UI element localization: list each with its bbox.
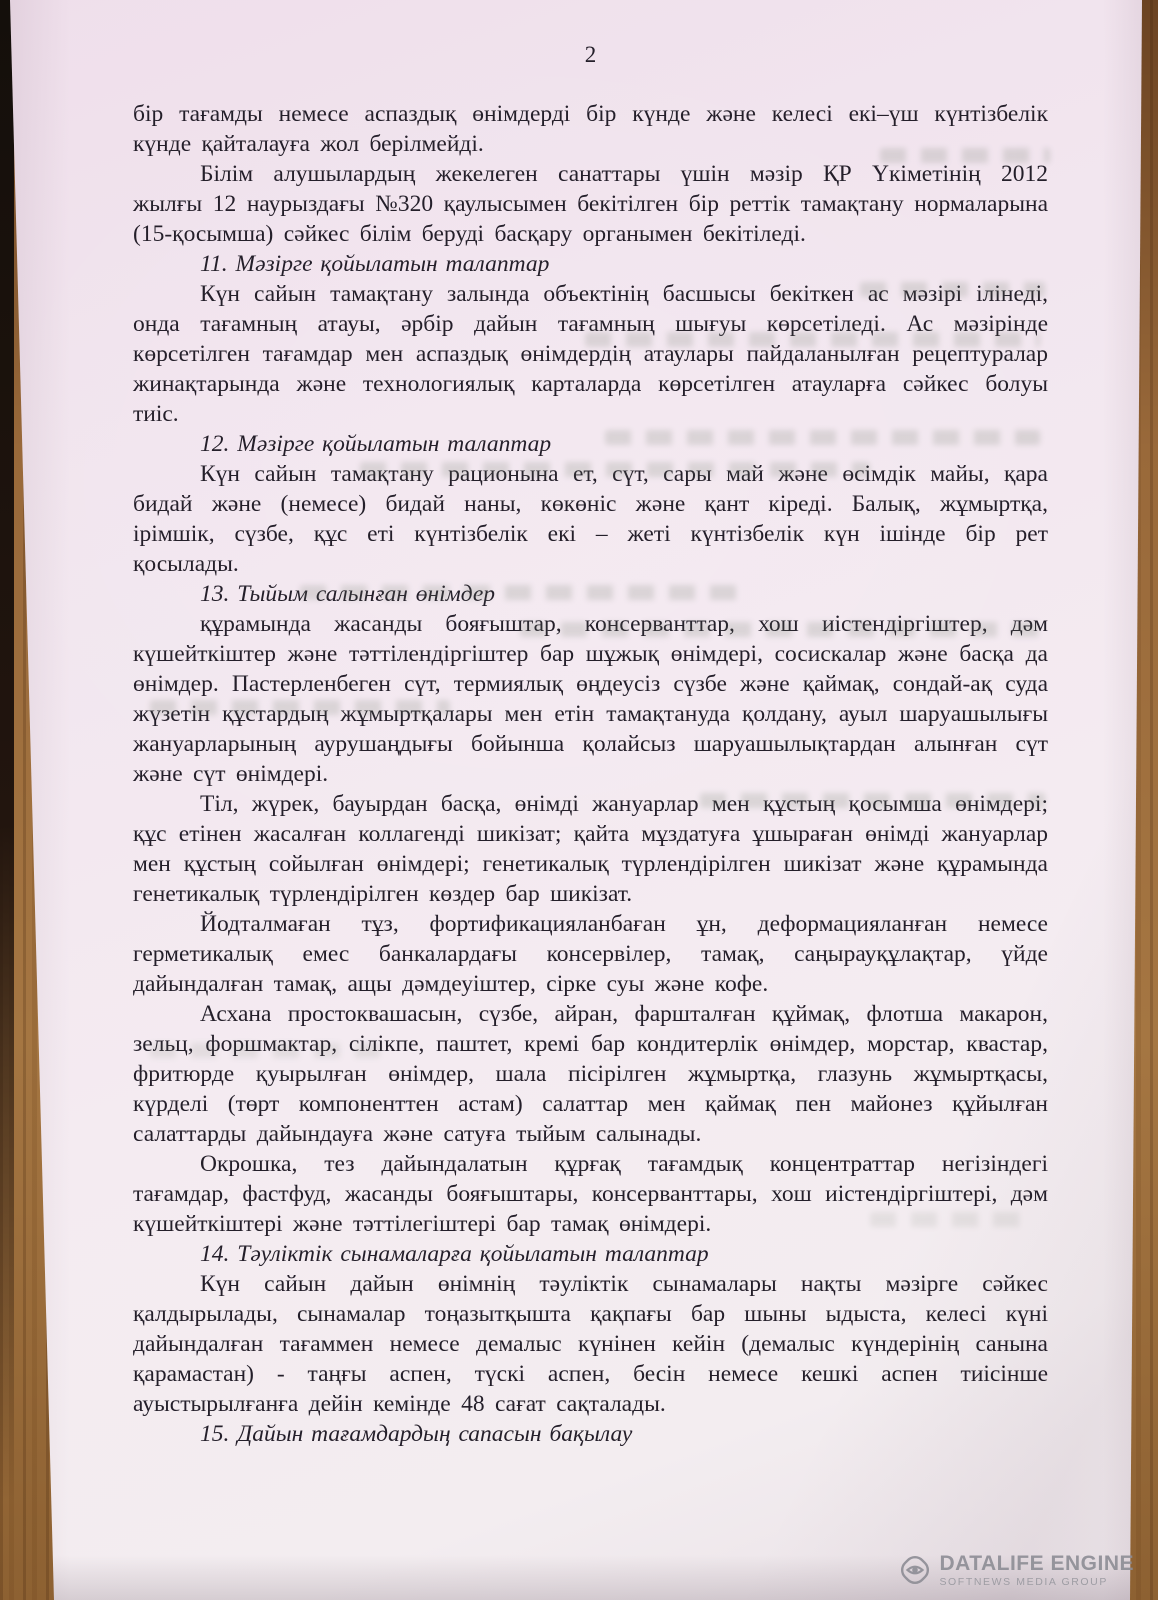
table-edge-shadow [0,0,14,1500]
datalife-engine-logo-icon [900,1555,930,1585]
bleed-through [870,1212,1030,1227]
paragraph: Күн сайын тамақтану рационына ет, сүт, с… [133,459,1048,579]
paragraph: Күн сайын тамақтану залында объектінің б… [133,279,1048,429]
document-body: бір тағамды немесе аспаздық өнімдерді бі… [133,99,1048,1449]
bleed-through [605,430,1040,445]
bleed-through [300,585,740,600]
section-heading: 11. Мәзірге қойылатын талаптар [133,249,1048,279]
bleed-through [880,148,1050,163]
section-heading: 14. Тәуліктік сынамаларға қойылатын тала… [133,1239,1048,1269]
section-heading: 15. Дайын тағамдардың сапасын бақылау [133,1419,1048,1449]
bleed-through [360,462,870,477]
watermark-text: DATALIFE ENGINE SOFTNEWS MEDIA GROUP [939,1553,1134,1588]
bleed-through [860,282,1045,297]
bleed-through [520,622,1040,637]
bleed-through [585,332,1040,347]
paragraph: Білім алушылардың жекелеген санаттары үш… [133,159,1048,249]
bleed-through [150,1043,380,1058]
bleed-through [150,700,450,715]
page-number: 2 [133,42,1048,68]
watermark-title: DATALIFE ENGINE [939,1553,1134,1574]
paragraph: Күн сайын дайын өнімнің тәуліктік сынама… [133,1269,1048,1419]
paragraph: Асхана простоквашасын, сүзбе, айран, фар… [133,999,1048,1149]
watermark: DATALIFE ENGINE SOFTNEWS MEDIA GROUP [900,1553,1134,1588]
document-page: 2 бір тағамды немесе аспаздық өнімдерді … [0,0,1158,1600]
paragraph: Йодталмаған тұз, фортификацияланбаған ұн… [133,909,1048,999]
watermark-subtitle: SOFTNEWS MEDIA GROUP [939,1577,1134,1588]
bleed-through [700,793,1045,808]
